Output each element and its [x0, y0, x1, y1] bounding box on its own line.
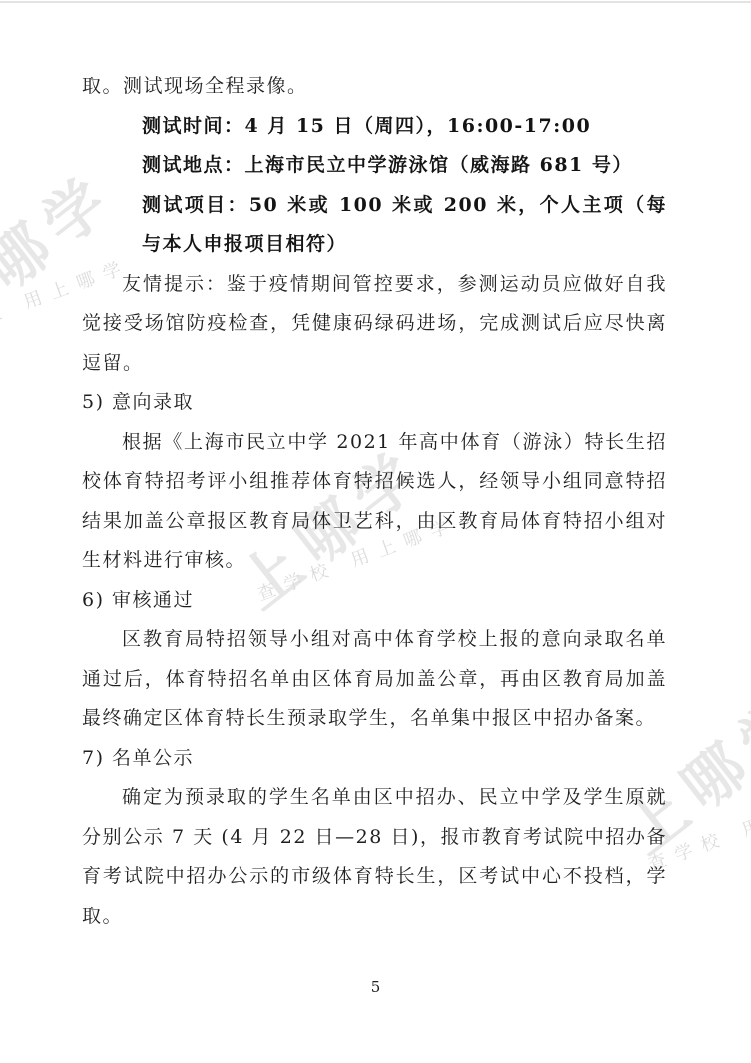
text-line: 区教育局特招领导小组对高中体育学校上报的意向录取名单进行审核； — [82, 620, 667, 660]
text-line: 通过后，体育特招名单由区体育局加盖公章，再由区教育局加盖公章后， — [82, 660, 667, 700]
page-number: 5 — [0, 978, 751, 996]
page-top-border — [0, 1, 751, 3]
text-line: 逗留。 — [82, 344, 667, 384]
text-line: 与本人申报项目相符） — [82, 225, 667, 265]
text-line: 友情提示：鉴于疫情期间管控要求，参测运动员应做好自我防护，自 — [82, 265, 667, 305]
text-line: 测试地点：上海市民立中学游泳馆（威海路 681 号） — [82, 146, 667, 186]
text-line: 育考试院中招办公示的市级体育特长生，区考试中心不投档，学校不得录 — [82, 857, 667, 897]
document-body: 取。测试现场全程录像。测试时间：4 月 15 日（周四），16:00-17:00… — [82, 67, 667, 936]
text-line: 6) 审核通过 — [82, 581, 667, 621]
text-line: 7) 名单公示 — [82, 739, 667, 779]
text-line: 根据《上海市民立中学 2021 年高中体育（游泳）特长生招生方案》，学 — [82, 423, 667, 463]
text-line: 测试时间：4 月 15 日（周四），16:00-17:00 — [82, 107, 667, 147]
text-line: 校体育特招考评小组推荐体育特招候选人，经领导小组同意特招后将选拔 — [82, 462, 667, 502]
text-line: 分别公示 7 天 (4 月 22 日—28 日)，报市教育考试院中招办备案。未经… — [82, 818, 667, 858]
text-line: 取。 — [82, 897, 667, 937]
text-line: 确定为预录取的学生名单由区中招办、民立中学及学生原就读初中校 — [82, 778, 667, 818]
text-line: 测试项目：50 米或 100 米或 200 米，个人主项（每人限报一项，须 — [82, 186, 667, 226]
text-line: 最终确定区体育特长生预录取学生，名单集中报区中招办备案。 — [82, 699, 667, 739]
text-line: 觉接受场馆防疫检查，凭健康码绿码进场，完成测试后应尽快离场，不得 — [82, 304, 667, 344]
document-page: 上哪学 查学校 用上哪学 上哪学 查学校 用上哪学 上哪学 查学校 用上哪学 取… — [0, 0, 751, 1063]
text-line: 生材料进行审核。 — [82, 541, 667, 581]
text-line: 结果加盖公章报区教育局体卫艺科，由区教育局体育特招小组对拟录取学 — [82, 502, 667, 542]
text-line: 5) 意向录取 — [82, 383, 667, 423]
text-line: 取。测试现场全程录像。 — [82, 67, 667, 107]
